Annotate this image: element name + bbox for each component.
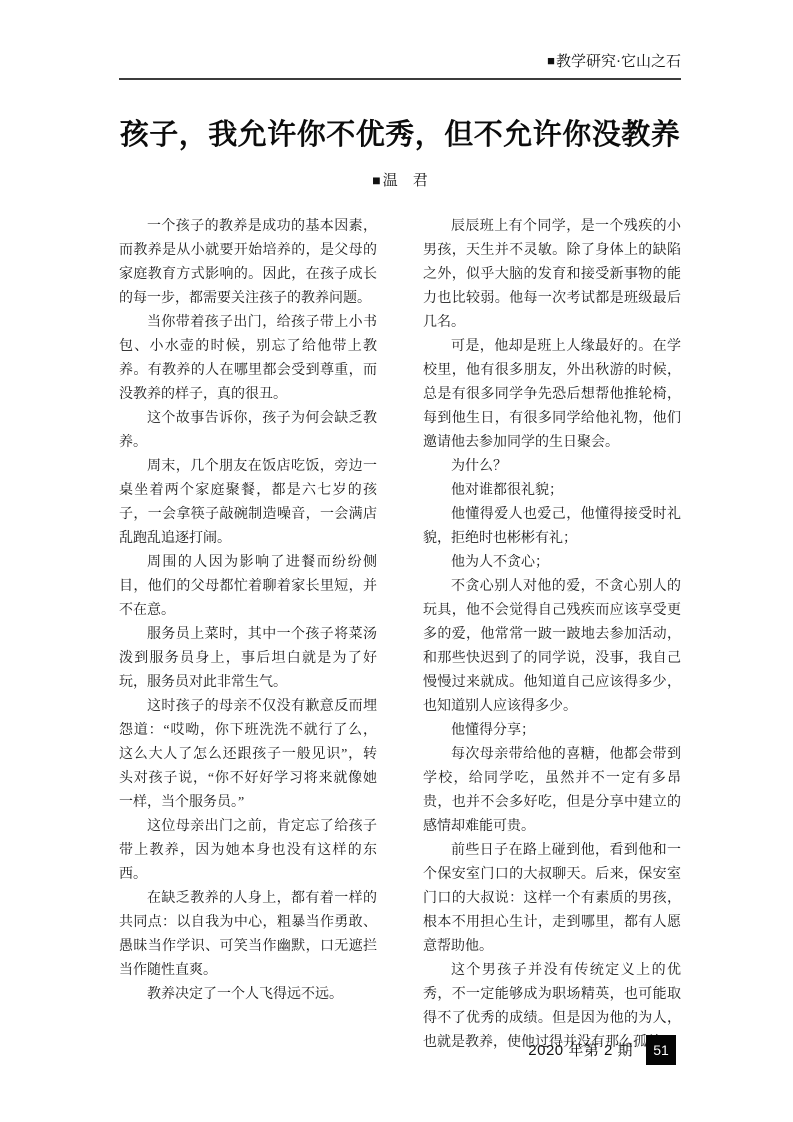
paragraph: 服务员上菜时，其中一个孩子将菜汤泼到服务员身上，事后坦白就是为了好玩，服务员对此… — [119, 623, 377, 695]
paragraph: 教养决定了一个人飞得远不远。 — [119, 983, 377, 1007]
section-label: 教学研究·它山之石 — [556, 54, 681, 70]
paragraph: 周末，几个朋友在饭店吃饭，旁边一桌坐着两个家庭聚餐，都是六七岁的孩子，一会拿筷子… — [119, 455, 377, 551]
right-column: 辰辰班上有个同学，是一个残疾的小男孩，天生并不灵敏。除了身体上的缺陷之外，似乎大… — [423, 215, 681, 1055]
paragraph: 他懂得分享； — [423, 719, 681, 743]
paragraph: 这个故事告诉你，孩子为何会缺乏教养。 — [119, 407, 377, 455]
issue-label: 2020 年第 2 期 — [528, 1039, 633, 1060]
paragraph: 这位母亲出门之前，肯定忘了给孩子带上教养，因为她本身也没有这样的东西。 — [119, 815, 377, 887]
black-square-icon: ■ — [372, 174, 380, 189]
author-name: 温 君 — [383, 173, 428, 189]
paragraph: 当你带着孩子出门，给孩子带上小书包、小水壶的时候，别忘了给他带上教养。有教养的人… — [119, 311, 377, 407]
page-number-badge: 51 — [646, 1035, 676, 1065]
paragraph: 这时孩子的母亲不仅没有歉意反而埋怨道：“哎呦，你下班洗洗不就行了么，这么大人了怎… — [119, 695, 377, 815]
paragraph: 他懂得爱人也爱己，他懂得接受时礼貌，拒绝时也彬彬有礼； — [423, 503, 681, 551]
paragraph: 为什么？ — [423, 455, 681, 479]
left-column: 一个孩子的教养是成功的基本因素，而教养是从小就要开始培养的，是父母的家庭教育方式… — [119, 215, 377, 1055]
paragraph: 周围的人因为影响了进餐而纷纷侧目，他们的父母都忙着聊着家长里短，并不在意。 — [119, 551, 377, 623]
paragraph: 前些日子在路上碰到他，看到他和一个保安室门口的大叔聊天。后来，保安室门口的大叔说… — [423, 839, 681, 959]
paragraph: 在缺乏教养的人身上，都有着一样的共同点：以自我为中心，粗暴当作勇敢、愚昧当作学识… — [119, 887, 377, 983]
page-footer: 2020 年第 2 期 51 — [119, 1034, 681, 1065]
article-body: 一个孩子的教养是成功的基本因素，而教养是从小就要开始培养的，是父母的家庭教育方式… — [119, 215, 681, 1055]
article-title: 孩子，我允许你不优秀，但不允许你没教养 — [119, 117, 681, 153]
paragraph: 他对谁都很礼貌； — [423, 479, 681, 503]
paragraph: 可是，他却是班上人缘最好的。在学校里，他有很多朋友，外出秋游的时候，总是有很多同… — [423, 335, 681, 455]
paragraph: 他为人不贪心； — [423, 551, 681, 575]
section-header: ■教学研究·它山之石 — [119, 0, 681, 80]
black-square-icon: ■ — [547, 54, 555, 68]
page-content: ■教学研究·它山之石 孩子，我允许你不优秀，但不允许你没教养 ■温 君 一个孩子… — [119, 0, 681, 1055]
paragraph: 不贪心别人对他的爱，不贪心别人的玩具，他不会觉得自己残疾而应该享受更多的爱，他常… — [423, 575, 681, 719]
paragraph: 一个孩子的教养是成功的基本因素，而教养是从小就要开始培养的，是父母的家庭教育方式… — [119, 215, 377, 311]
magazine-page: ■教学研究·它山之石 孩子，我允许你不优秀，但不允许你没教养 ■温 君 一个孩子… — [0, 0, 793, 1122]
paragraph: 辰辰班上有个同学，是一个残疾的小男孩，天生并不灵敏。除了身体上的缺陷之外，似乎大… — [423, 215, 681, 335]
paragraph: 每次母亲带给他的喜糖，他都会带到学校，给同学吃，虽然并不一定有多昂贵，也并不会多… — [423, 743, 681, 839]
author-line: ■温 君 — [119, 169, 681, 190]
